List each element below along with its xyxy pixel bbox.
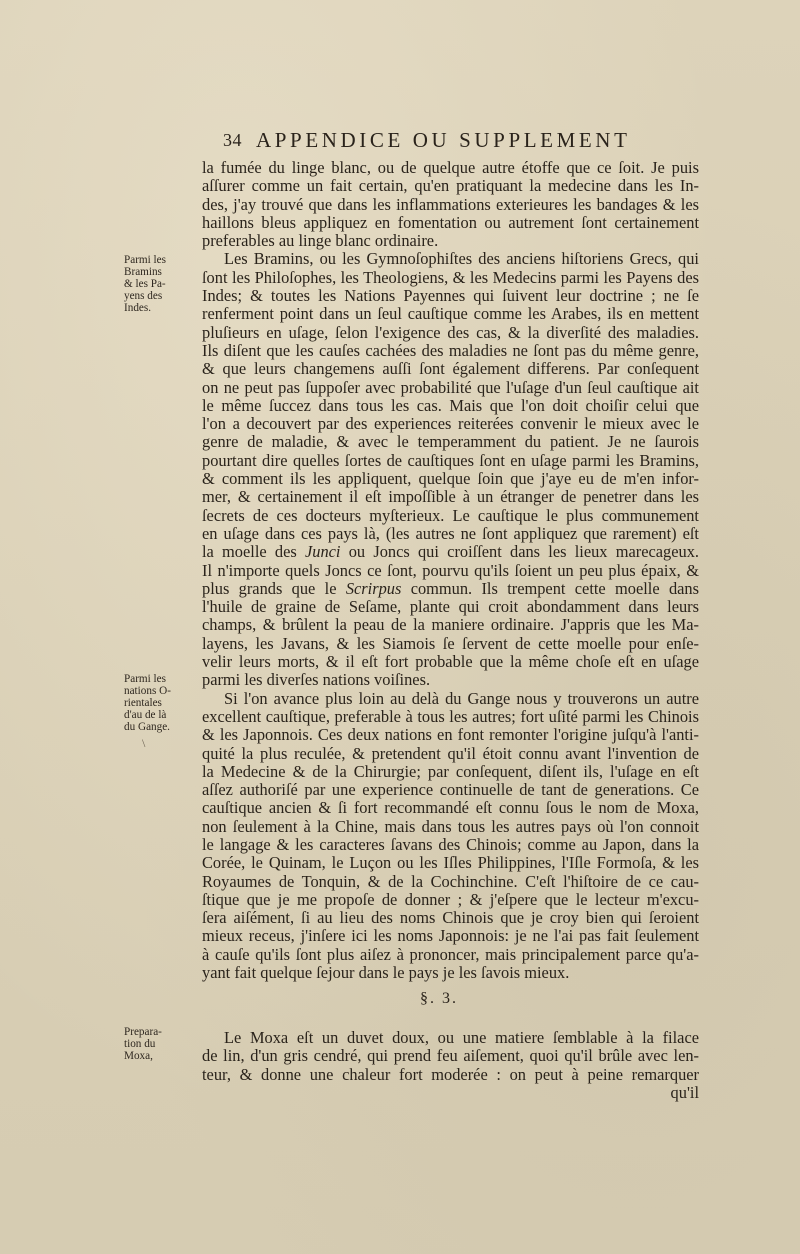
- text-line: non ſeulement à la Chine, mais dans tous…: [202, 818, 699, 836]
- text-line: preferables au linge blanc ordinaire.: [202, 232, 699, 250]
- text-line: layens, les Javans, & les Siamois ſe ſer…: [202, 635, 699, 653]
- text-line: en uſage dans ces pays là, (les autres n…: [202, 525, 699, 543]
- body-text: la fumée du linge blanc, ou de quelque a…: [202, 159, 699, 982]
- text-line: genre de maladie, & avec le temperamment…: [202, 433, 699, 451]
- text-line: ſont les Philoſophes, les Theologiens, &…: [202, 269, 699, 287]
- margin-note-line: du Gange.: [124, 721, 171, 733]
- text-line: l'huile de graine de Seſame, plante qui …: [202, 598, 699, 616]
- text-line: de lin, d'un gris cendré, qui prend feu …: [202, 1047, 699, 1065]
- text-line: le même ſuccez dans tous les cas. Mais q…: [202, 397, 699, 415]
- margin-note-line: Parmi les: [124, 254, 166, 266]
- book-page: 34 APPENDICE OU SUPPLEMENT Parmi les Bra…: [0, 0, 800, 1254]
- text-line: le langage & les caracteres ſavans des C…: [202, 836, 699, 854]
- margin-note-line: & les Pa-: [124, 278, 166, 290]
- text-line: haillons bleus appliquez en fomentation …: [202, 214, 699, 232]
- margin-note-line: Prepara-: [124, 1026, 162, 1038]
- text-line: Corée, le Quinam, le Luçon ou les Iſles …: [202, 854, 699, 872]
- text-line: Ils diſent que les cauſes cachées des ma…: [202, 342, 699, 360]
- text-line: aſſez authoriſé par une experience conti…: [202, 781, 699, 799]
- text-line: renferment point dans un ſeul cauſtique …: [202, 305, 699, 323]
- text-line: Si l'on avance plus loin au delà du Gang…: [202, 690, 699, 708]
- stray-mark: \: [142, 736, 145, 751]
- text-line: parmi les diverſes nations voiſines.: [202, 671, 699, 689]
- margin-note-line: yens des: [124, 290, 166, 302]
- text-line: velir leurs morts, & il eſt fort probabl…: [202, 653, 699, 671]
- running-title: APPENDICE OU SUPPLEMENT: [256, 128, 631, 153]
- text-line: aſſurer comme un fait certain, qu'en pra…: [202, 177, 699, 195]
- text-line: ſecrets de ces docteurs myſterieux. Le c…: [202, 507, 699, 525]
- page-number: 34: [223, 130, 242, 151]
- text-line: Il n'importe quels Joncs ce ſont, pourvu…: [202, 562, 699, 580]
- text-line: cauſtique ancien & ſi fort recommandé eſ…: [202, 799, 699, 817]
- text-line: à cauſe qu'ils ſont plus aiſez à prononc…: [202, 946, 699, 964]
- margin-note-line: Parmi les: [124, 673, 171, 685]
- margin-note-bramins: Parmi les Bramins & les Pa- yens des Ind…: [124, 254, 166, 314]
- text-line: champs, & brûlent la peau de la maniere …: [202, 616, 699, 634]
- page-header: 34 APPENDICE OU SUPPLEMENT: [223, 128, 653, 154]
- text-line: la moelle des Junci ou Joncs qui croiſſe…: [202, 543, 699, 561]
- text-line: & les Japonnois. Ces deux nations en fon…: [202, 726, 699, 744]
- section-heading: §. 3.: [420, 990, 458, 1008]
- margin-note-line: Indes.: [124, 302, 166, 314]
- text-line: Les Bramins, ou les Gymnoſophiſtes des a…: [202, 250, 699, 268]
- text-line: & comment ils les appliquent, quelque ſo…: [202, 470, 699, 488]
- margin-note-line: tion du: [124, 1038, 162, 1050]
- text-line: & que leurs changemens auſſi ſont égalem…: [202, 360, 699, 378]
- text-line: Le Moxa eſt un duvet doux, ou une matier…: [202, 1029, 699, 1047]
- text-line: plus grands que le Scrirpus commun. Ils …: [202, 580, 699, 598]
- text-line: des, j'ay trouvé que dans les inflammati…: [202, 196, 699, 214]
- text-line: la Medecine & de la Chirurgie; par conſe…: [202, 763, 699, 781]
- margin-note-moxa: Prepara- tion du Moxa,: [124, 1026, 162, 1062]
- margin-note-line: nations O-: [124, 685, 171, 697]
- text-line: Indes; & toutes les Nations Payennes qui…: [202, 287, 699, 305]
- text-line: ſera aiſément, ſi au lieu des noms Chino…: [202, 909, 699, 927]
- text-line: Royaumes de Tonquin, & de la Cochinchine…: [202, 873, 699, 891]
- text-line: l'on a decouvert par des experiences rei…: [202, 415, 699, 433]
- text-line: mieux receus, j'inſere ici les noms Japo…: [202, 927, 699, 945]
- catchword: qu'il: [202, 1084, 699, 1102]
- text-line: mer, & certainement il eſt impoſſible à …: [202, 488, 699, 506]
- text-line: la fumée du linge blanc, ou de quelque a…: [202, 159, 699, 177]
- text-line: pourtant dire quelles ſortes de cauſtiqu…: [202, 452, 699, 470]
- text-line: on ne peut pas ſuppoſer avec probabilité…: [202, 379, 699, 397]
- margin-note-orient: Parmi les nations O- rientales d'au de l…: [124, 673, 171, 733]
- text-line: quité la plus reculée, & pretendent qu'i…: [202, 745, 699, 763]
- text-line: yant fait quelque ſejour dans le pays je…: [202, 964, 699, 982]
- text-line: pluſieurs en uſage, ſelon l'exigence des…: [202, 324, 699, 342]
- margin-note-line: d'au de là: [124, 709, 171, 721]
- text-line: excellent cauſtique, preferable à tous l…: [202, 708, 699, 726]
- margin-note-line: Moxa,: [124, 1050, 162, 1062]
- text-line: ſtique que je me propoſe de donner ; & j…: [202, 891, 699, 909]
- margin-note-line: rientales: [124, 697, 171, 709]
- text-line: teur, & donne une chaleur fort moderée :…: [202, 1066, 699, 1084]
- section-3-text: Le Moxa eſt un duvet doux, ou une matier…: [202, 1029, 699, 1102]
- margin-note-line: Bramins: [124, 266, 166, 278]
